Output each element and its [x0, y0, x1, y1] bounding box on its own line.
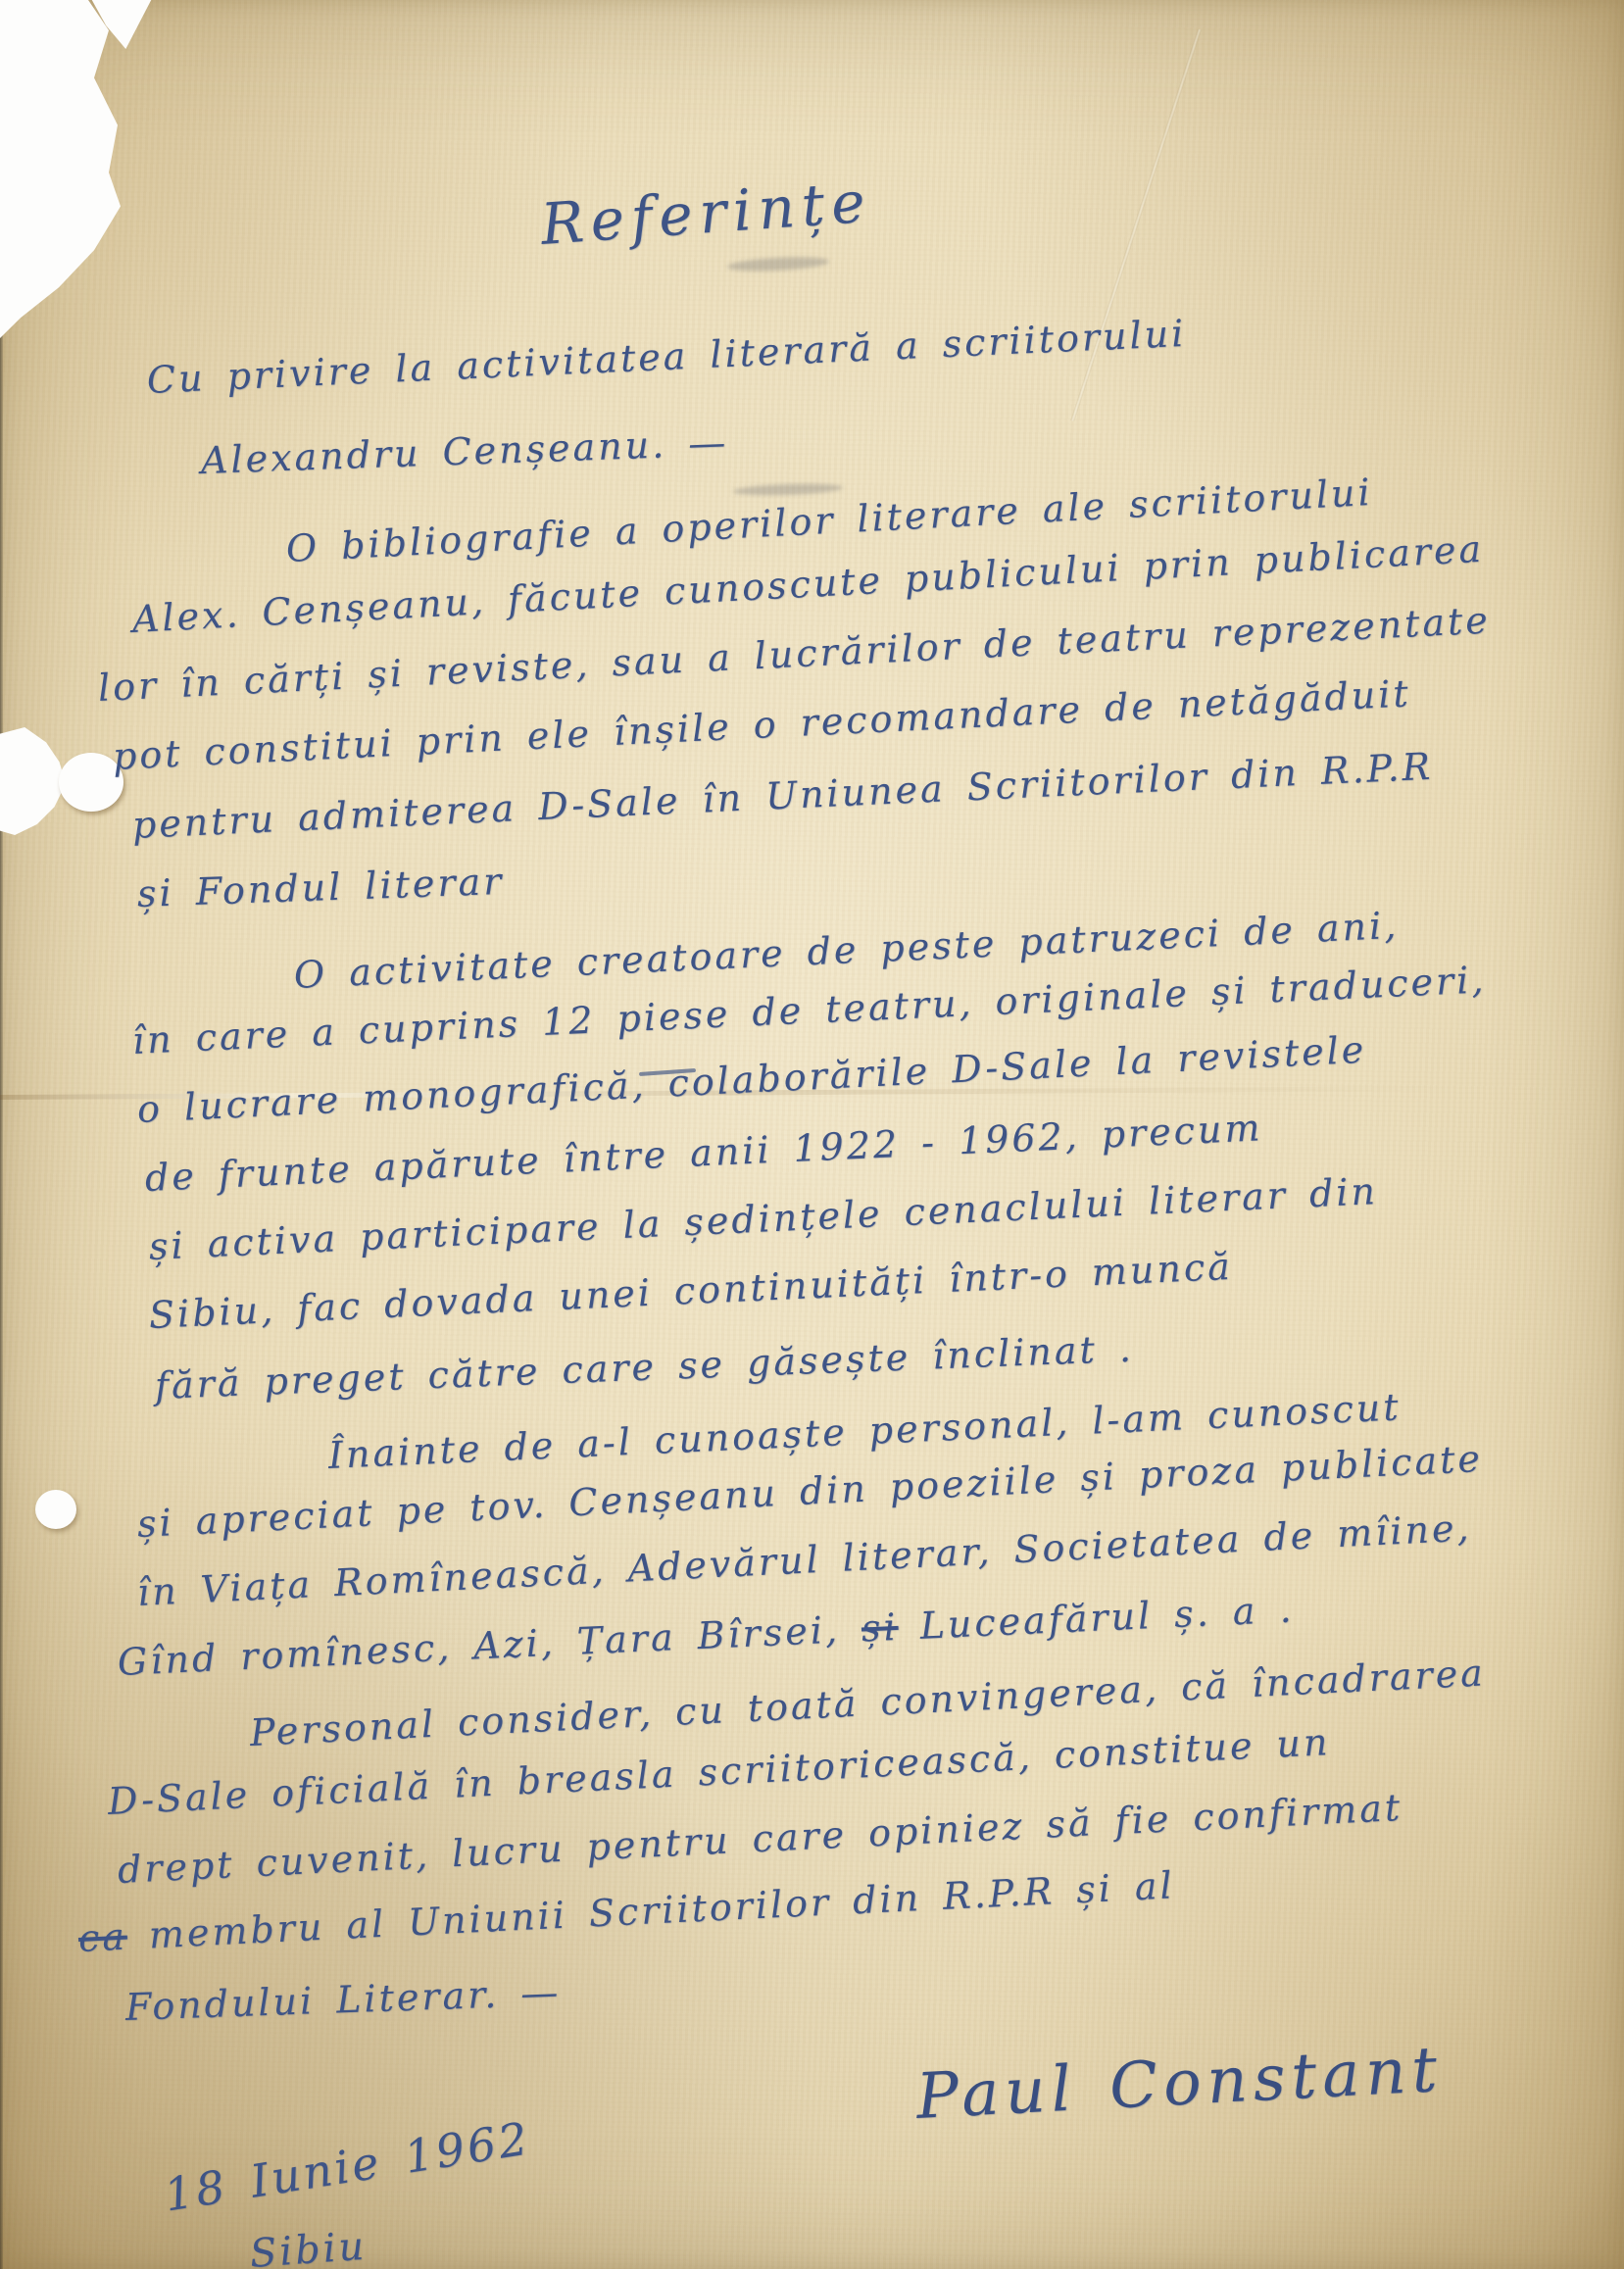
punch-hole-bottom — [35, 1490, 76, 1529]
scanner-edge — [0, 0, 3, 2269]
strikethrough-word: ca — [77, 1915, 128, 1960]
strikethrough-word: și — [861, 1605, 900, 1651]
scanned-letter-page: { "doc": { "ink_color": "#3e5486", "pape… — [0, 0, 1624, 2269]
place-line: Sibiu — [248, 2225, 368, 2269]
